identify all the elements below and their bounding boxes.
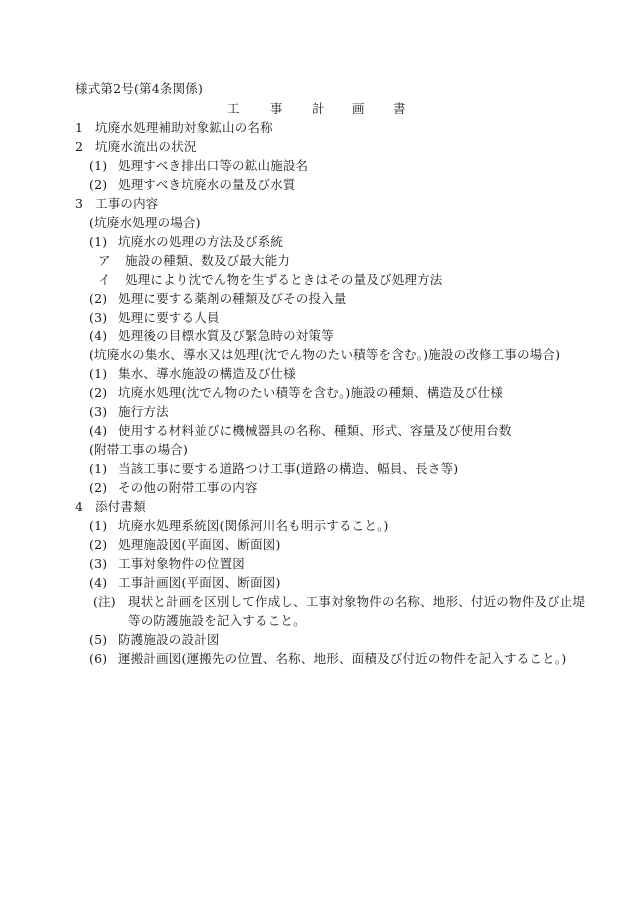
item-number: 1 xyxy=(75,120,83,136)
item-number: (3) xyxy=(89,310,107,326)
item-text: 防護施設の設計図 xyxy=(118,632,220,648)
item-number: (注) xyxy=(93,594,116,610)
item-number: (3) xyxy=(89,404,107,420)
item-number: (4) xyxy=(89,575,107,591)
item-text: (坑廃水処理の場合) xyxy=(89,215,201,231)
item-number: イ xyxy=(98,272,111,288)
item-number: 3 xyxy=(75,196,83,212)
item-number: (3) xyxy=(89,556,107,572)
item-number: ア xyxy=(98,253,111,269)
item-number: (2) xyxy=(89,385,107,401)
item-text: 坑廃水の処理の方法及び系統 xyxy=(118,234,283,250)
item-text: 処理に要する薬剤の種類及びその投入量 xyxy=(118,291,347,307)
item-text: 施設の種類、数及び最大能力 xyxy=(125,253,290,269)
item-text: 現状と計画を区別して作成し、工事対象物件の名称、地形、付近の物件及び止堤 xyxy=(128,594,585,610)
item-number: (4) xyxy=(89,423,107,439)
item-number: (2) xyxy=(89,291,107,307)
item-text: 坑廃水流出の状況 xyxy=(95,139,197,155)
title-char: 工 xyxy=(227,101,240,117)
item-text: 処理施設図(平面図、断面図) xyxy=(118,537,281,553)
form-label: 様式第2号(第4条関係) xyxy=(75,81,203,97)
item-text: 坑廃水処理補助対象鉱山の名称 xyxy=(95,120,273,136)
item-number: (5) xyxy=(89,632,107,648)
item-text: 処理により沈でん物を生ずるときはその量及び処理方法 xyxy=(125,272,443,288)
item-text: 処理後の目標水質及び緊急時の対策等 xyxy=(118,328,334,344)
item-text: 等の防護施設を記入すること。 xyxy=(128,613,306,629)
item-number: (4) xyxy=(89,328,107,344)
item-number: (1) xyxy=(89,518,107,534)
item-text: 当該工事に要する道路つけ工事(道路の構造、幅員、長さ等) xyxy=(118,461,458,477)
item-number: (2) xyxy=(89,537,107,553)
item-text: 運搬計画図(運搬先の位置、名称、地形、面積及び付近の物件を記入すること。) xyxy=(118,651,566,667)
item-number: (1) xyxy=(89,158,107,174)
item-number: (1) xyxy=(89,234,107,250)
item-number: (2) xyxy=(89,177,107,193)
item-number: (1) xyxy=(89,461,107,477)
item-text: 工事の内容 xyxy=(95,196,159,212)
item-text: 施行方法 xyxy=(118,404,169,420)
item-number: (1) xyxy=(89,366,107,382)
item-text: (坑廃水の集水、導水又は処理(沈でん物のたい積等を含む。)施設の改修工事の場合) xyxy=(89,347,560,363)
title-char: 画 xyxy=(352,101,365,117)
title-char: 事 xyxy=(270,101,283,117)
item-text: 処理すべき坑廃水の量及び水質 xyxy=(118,177,296,193)
item-number: (2) xyxy=(89,480,107,496)
item-number: 2 xyxy=(75,139,83,155)
document-page: 様式第2号(第4条関係) 工 事 計 画 書 1坑廃水処理補助対象鉱山の名称2坑… xyxy=(0,0,630,916)
item-text: その他の附帯工事の内容 xyxy=(118,480,258,496)
item-text: 添付書類 xyxy=(95,499,146,515)
title-char: 書 xyxy=(393,101,406,117)
item-text: 工事対象物件の位置図 xyxy=(118,556,245,572)
item-text: (附帯工事の場合) xyxy=(89,442,188,458)
item-text: 坑廃水処理系統図(関係河川名も明示すること。) xyxy=(118,518,389,534)
item-text: 処理すべき排出口等の鉱山施設名 xyxy=(118,158,308,174)
item-number: 4 xyxy=(75,499,83,515)
item-text: 工事計画図(平面図、断面図) xyxy=(118,575,281,591)
item-text: 集水、導水施設の構造及び仕様 xyxy=(118,366,296,382)
item-number: (6) xyxy=(89,651,107,667)
item-text: 坑廃水処理(沈でん物のたい積等を含む。)施設の種類、構造及び仕様 xyxy=(118,385,503,401)
item-text: 処理に要する人員 xyxy=(118,310,220,326)
item-text: 使用する材料並びに機械器具の名称、種類、形式、容量及び使用台数 xyxy=(118,423,512,439)
title-char: 計 xyxy=(312,101,325,117)
